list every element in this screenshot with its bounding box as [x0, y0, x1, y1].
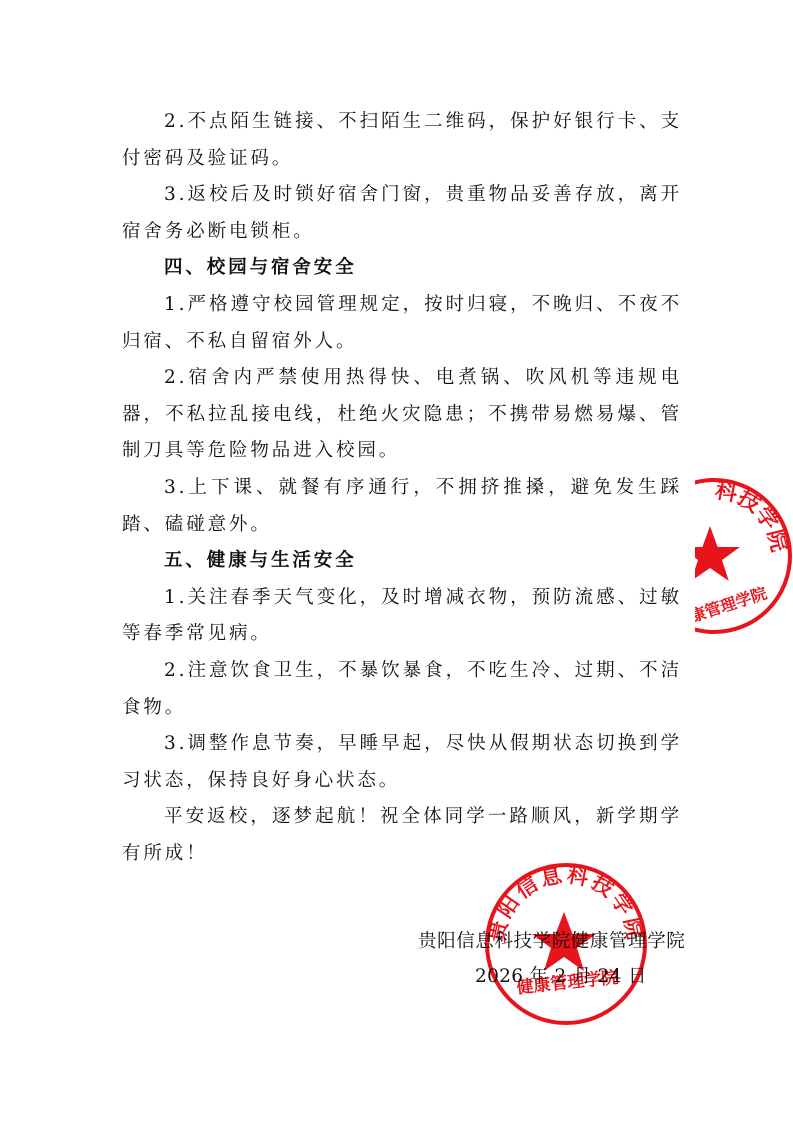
list-item-campus-3: 3.上下课、就餐有序通行，不拥挤推搡，避免发生踩踏、磕碰意外。 — [122, 470, 682, 543]
signature-organization: 贵阳信息科技学院健康管理学院 — [418, 927, 685, 953]
svg-text:科技学院: 科技学院 — [713, 478, 791, 554]
list-item-campus-1: 1.严格遵守校园管理规定，按时归寝，不晚归、不夜不归宿、不私自留宿外人。 — [122, 287, 682, 360]
edge-seal-stamp: 科技学院 康管理学院 — [695, 470, 793, 640]
list-item-fraud-prevention-3: 3.返校后及时锁好宿舍门窗，贵重物品妥善存放，离开宿舍务必断电锁柜。 — [122, 177, 682, 250]
list-item-health-2: 2.注意饮食卫生，不暴饮暴食，不吃生冷、过期、不洁食物。 — [122, 653, 682, 726]
document-body: 2.不点陌生链接、不扫陌生二维码，保护好银行卡、支付密码及验证码。 3.返校后及… — [122, 104, 682, 872]
section-heading-campus-dorm-safety: 四、校园与宿舍安全 — [122, 250, 682, 287]
star-icon — [695, 526, 740, 581]
list-item-health-3: 3.调整作息节奏，早睡早起，尽快从假期状态切换到学习状态，保持良好身心状态。 — [122, 726, 682, 799]
list-item-health-1: 1.关注春季天气变化，及时增减衣物，预防流感、过敏等春季常见病。 — [122, 580, 682, 653]
closing-message: 平安返校，逐梦起航！祝全体同学一路顺风，新学期学有所成！ — [122, 799, 682, 872]
document-page: 2.不点陌生链接、不扫陌生二维码，保护好银行卡、支付密码及验证码。 3.返校后及… — [0, 0, 793, 1122]
list-item-campus-2: 2.宿舍内严禁使用热得快、电煮锅、吹风机等违规电器，不私拉乱接电线，杜绝火灾隐患… — [122, 360, 682, 470]
section-heading-health-life-safety: 五、健康与生活安全 — [122, 543, 682, 580]
signature-date: 2026 年 2 月 24 日 — [475, 962, 647, 988]
svg-text:康管理学院: 康管理学院 — [695, 583, 769, 626]
list-item-fraud-prevention-2: 2.不点陌生链接、不扫陌生二维码，保护好银行卡、支付密码及验证码。 — [122, 104, 682, 177]
seal-icon: 科技学院 康管理学院 — [695, 470, 793, 640]
